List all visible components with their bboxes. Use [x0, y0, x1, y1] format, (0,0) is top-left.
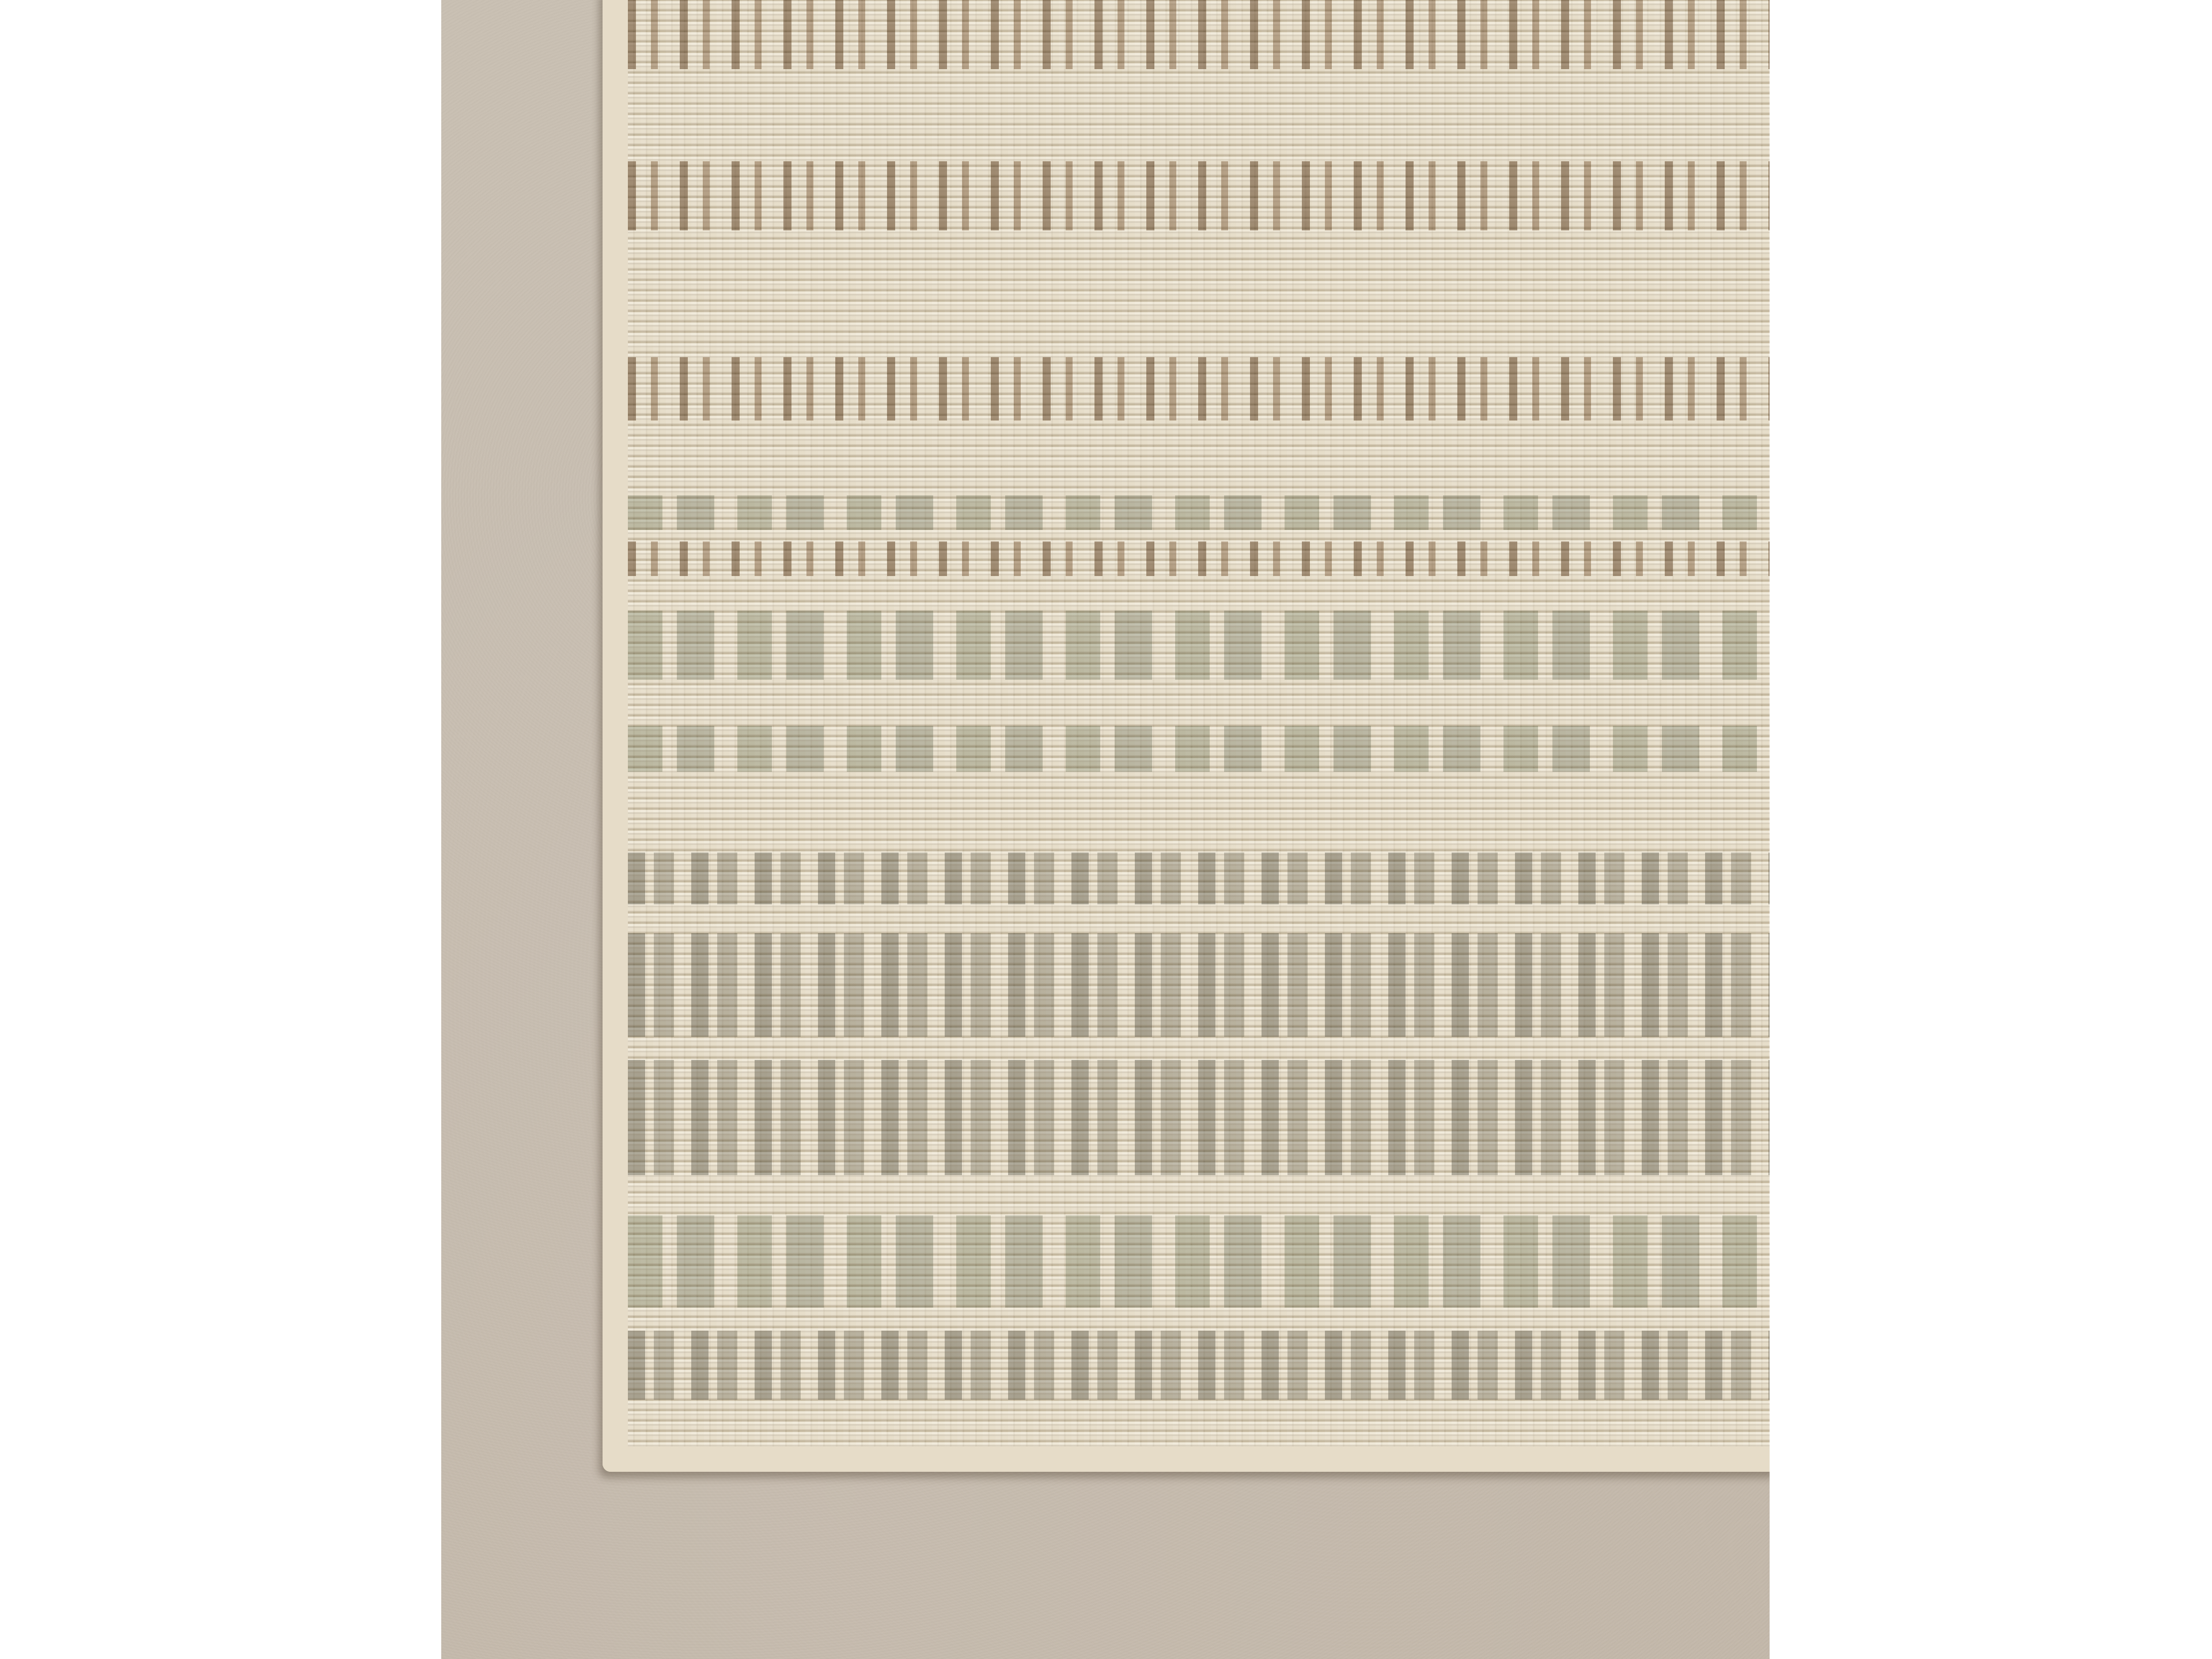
rug-band-sage: [628, 611, 1770, 680]
rug-band-sage: [628, 726, 1770, 772]
rug-band-brown: [628, 357, 1770, 421]
rug-band-grey: [628, 1331, 1770, 1400]
rug-band-brown: [628, 541, 1770, 576]
rug-band-grey: [628, 933, 1770, 1037]
rug: [603, 0, 1770, 1472]
rug-band-grey: [628, 853, 1770, 904]
product-photo: [441, 0, 1770, 1659]
rug-band-brown: [628, 161, 1770, 230]
rug-band-sage: [628, 495, 1770, 530]
rug-band-sage: [628, 1215, 1770, 1308]
rug-band-brown: [628, 0, 1770, 69]
rug-band-grey: [628, 1060, 1770, 1175]
